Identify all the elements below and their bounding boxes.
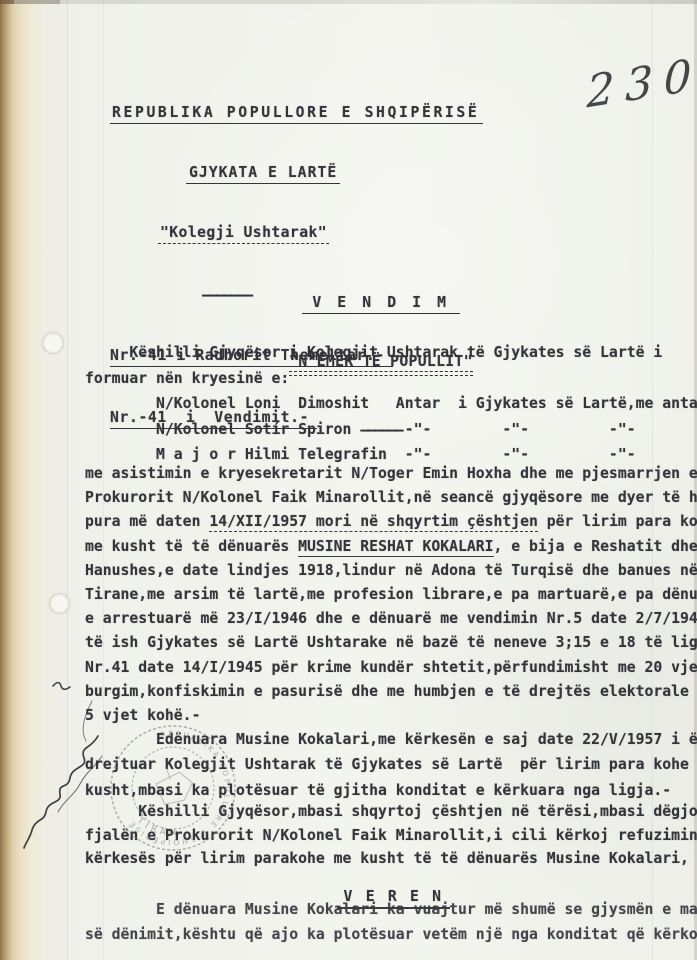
text-line: të ish Gjykates së Lartë Ushtarake në ba… (85, 631, 697, 655)
stamp-ring-text: REPUBLIKA POPULLORE E SHQIPËRISË (102, 715, 248, 861)
text-segment: Këshilli Gjyqësor i Kolegjit Ushtarak të… (85, 344, 662, 361)
text-segment: N/Kolonel Sotír Spiron -"- -"- -"- (85, 421, 636, 438)
text-segment: burgim,konfiskimin e pasurisë dhe me hum… (85, 683, 697, 700)
underlined-text: 14/XII/1957 mori në shqyrtim çështjen (209, 513, 538, 532)
text-line: formuar nën kryesinë e: (85, 366, 697, 392)
signature-scribble-secondary (58, 756, 102, 812)
text-segment: Tirane,me arsim të lartë,me profesion li… (85, 586, 697, 603)
signature-scribble (24, 736, 98, 848)
pen-mark-small (53, 683, 70, 690)
college-name: "Kolegji Ushtarak" (158, 224, 329, 244)
text-line: N/Kolonel Sotír Spiron -"- -"- -"- (85, 417, 697, 443)
handwritten-page-number: 230 (586, 48, 697, 118)
text-segment: N/Kolonel Loni Dimoshit Antar i Gjykates… (85, 395, 697, 412)
pen-mark-thin (83, 701, 92, 741)
text-line: Nr.41 date 14/I/1945 për krime kundër sh… (85, 656, 697, 680)
page-top-edge (0, 0, 697, 4)
text-segment: , e bija e Reshatit dhe (494, 538, 697, 555)
scanned-document-page: 230 REPUBLIKA POPULLORE E SHQIPËRISË GJY… (0, 0, 697, 960)
text-line: burgim,konfiskimin e pasurisë dhe me hum… (85, 680, 697, 704)
text-segment: me kusht të të dënuarës (85, 538, 298, 555)
paragraph-1: Këshilli Gjyqësor i Kolegjit Ushtarak të… (85, 340, 697, 468)
veren-heading: V E R E N (301, 871, 450, 926)
text-line: me asistimin e kryesekretarit N/Toger Em… (85, 462, 697, 486)
text-line: e arrestuarë më 23/I/1946 dhe e dënuarë … (85, 607, 697, 631)
court-name: GJYKATA E LARTË (186, 164, 340, 184)
text-segment: Prokurorit N/Kolonel Faik Minarollit,në … (85, 489, 697, 506)
text-segment: Nr.41 date 14/I/1945 për krime kundër sh… (85, 659, 697, 676)
text-line: Tirane,me arsim të lartë,me profesion li… (85, 583, 697, 607)
text-segment: së dënimit,kështu që ajo ka plotësuar ve… (85, 926, 697, 943)
text-segment: Hanushes,e date lindjes 1918,lindur në A… (85, 562, 697, 579)
text-segment: të ish Gjykates së Lartë Ushtarake në ba… (85, 634, 697, 651)
punch-hole (49, 593, 70, 614)
text-line: Prokurorit N/Kolonel Faik Minarollit,në … (85, 486, 697, 510)
signature-handwriting (14, 672, 114, 862)
punch-hole (42, 332, 64, 354)
republic-name: REPUBLIKA POPULLORE E SHQIPËRISË (110, 104, 483, 124)
round-official-stamp: REPUBLIKA POPULLORE E SHQIPËRISË TIRANË (100, 715, 250, 865)
text-line: Këshilli Gjyqësor i Kolegjit Ushtarak të… (85, 340, 697, 366)
text-segment: pura më daten (85, 513, 209, 530)
stamp-emblem (155, 769, 197, 806)
text-line: me kusht të të dënuarës MUSINE RESHAT KO… (85, 535, 697, 559)
text-line: N/Kolonel Loni Dimoshit Antar i Gjykates… (85, 391, 697, 417)
svg-text:REPUBLIKA POPULLORE E SHQIPËRI: REPUBLIKA POPULLORE E SHQIPËRISË (102, 715, 248, 861)
decision-title: V E N D I M (302, 294, 459, 314)
text-line: Hanushes,e date lindjes 1918,lindur në A… (85, 559, 697, 583)
text-segment: e arrestuarë më 23/I/1946 dhe e dënuarë … (85, 610, 697, 627)
underlined-text: MUSINE RESHAT KOKALARI (298, 538, 493, 557)
paragraph-2: me asistimin e kryesekretarit N/Toger Em… (85, 462, 697, 728)
text-segment: për lirim para kohe (538, 513, 697, 530)
text-segment: formuar nën kryesinë e: (85, 370, 289, 387)
text-segment: M a j o r Hilmi Telegrafin -"- -"- -"- (85, 446, 636, 463)
text-segment: me asistimin e kryesekretarit N/Toger Em… (85, 465, 697, 482)
veren-heading-text: V E R E N (337, 888, 451, 909)
text-line: pura më daten 14/XII/1957 mori në shqyrt… (85, 510, 697, 534)
